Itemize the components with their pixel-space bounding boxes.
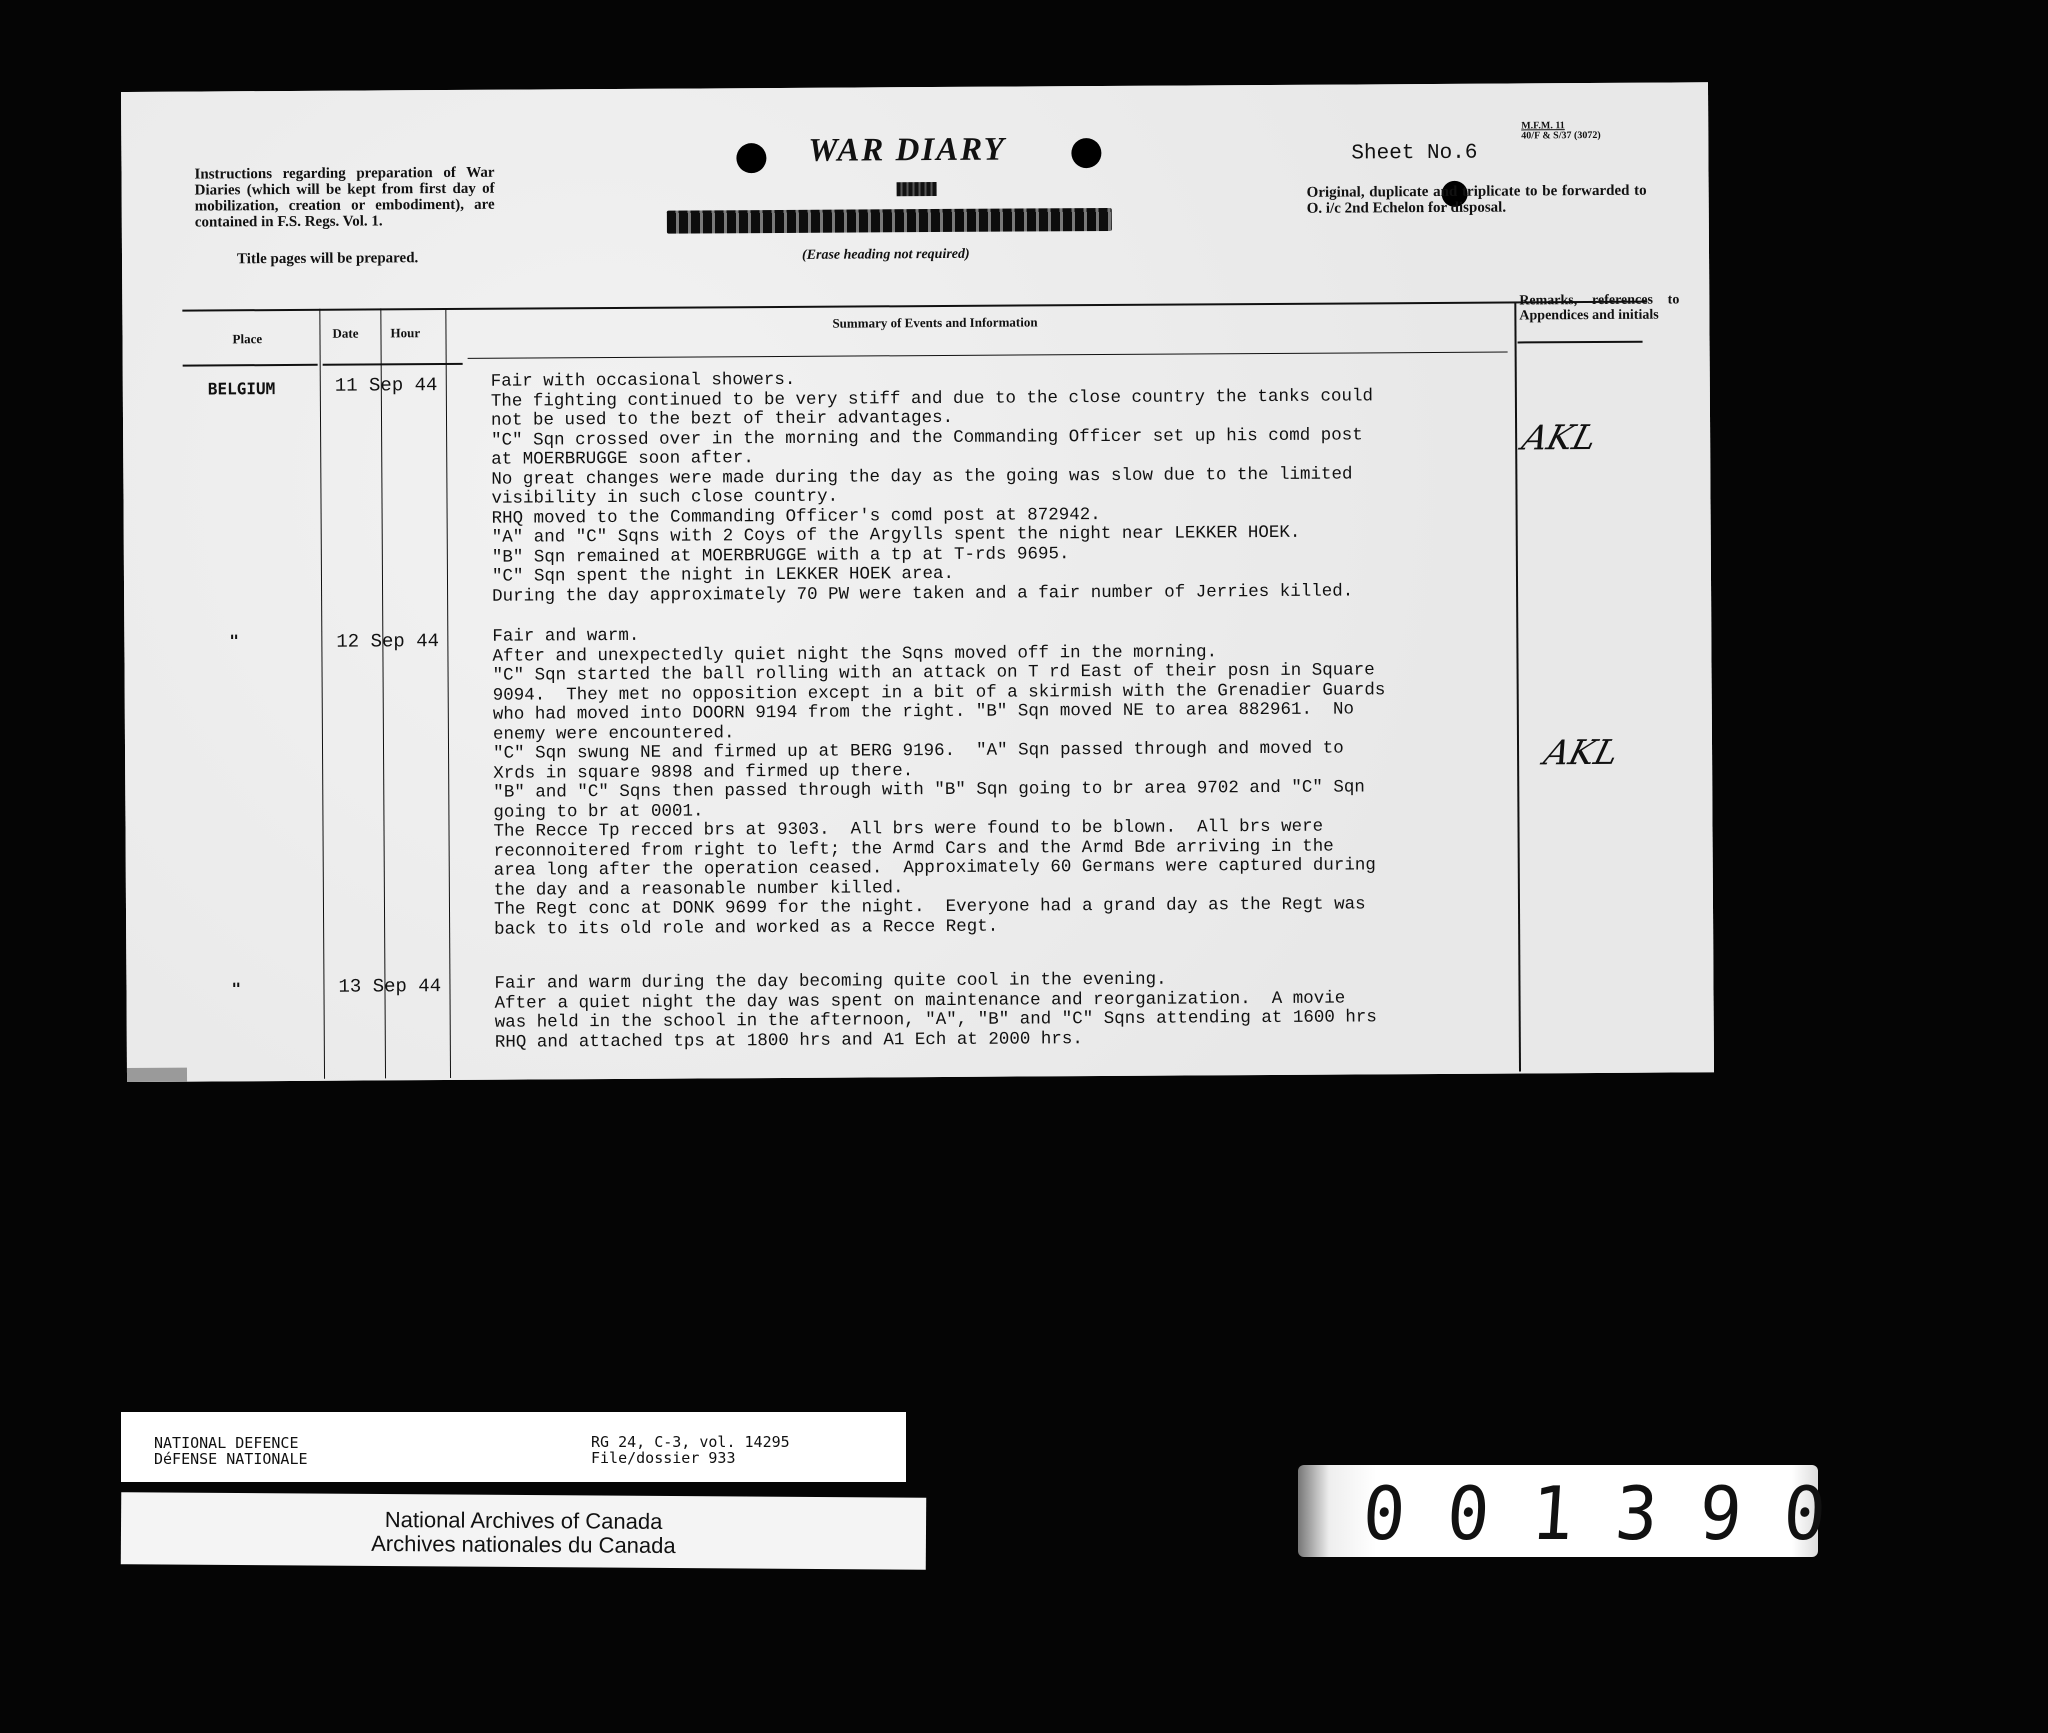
record-group: RG 24, C-3, vol. 14295	[591, 1434, 790, 1450]
header-date: Date	[332, 326, 358, 342]
entry-date: 13 Sep 44	[338, 975, 441, 998]
column-rule	[380, 308, 386, 1078]
frame-counter-digits: 001390	[1360, 1471, 1801, 1557]
entry-summary: Fair with occasional showers. The fighti…	[491, 367, 1512, 607]
entry-place: "	[231, 979, 241, 998]
archive-reference: RG 24, C-3, vol. 14295 File/dossier 933	[591, 1434, 790, 1466]
struck-out-heading	[667, 208, 1112, 234]
disposal-note: Original, duplicate and triplicate to be…	[1307, 183, 1647, 217]
column-rule	[319, 309, 325, 1079]
document-title: WAR DIARY	[808, 132, 1006, 170]
entry-place: BELGIUM	[208, 379, 276, 398]
sheet-number: Sheet No.6	[1351, 142, 1477, 166]
header-rule	[323, 363, 463, 366]
column-rule	[1514, 301, 1521, 1071]
header-place: Place	[232, 331, 262, 347]
dept-fr: DéFENSE NATIONALE	[154, 1451, 308, 1467]
header-remarks: Remarks, references to Appendices and in…	[1519, 292, 1679, 323]
archives-name-fr: Archives nationales du Canada	[121, 1530, 926, 1560]
column-rule	[445, 308, 451, 1078]
title-pages-note: Title pages will be prepared.	[237, 250, 418, 268]
entry-summary: Fair and warm. After and unexpectedly qu…	[492, 622, 1514, 940]
entry-initials: AKL	[1518, 418, 1601, 459]
entry-date: 11 Sep 44	[335, 374, 438, 397]
archives-label: National Archives of Canada Archives nat…	[121, 1492, 926, 1570]
erase-heading-note: (Erase heading not required)	[802, 247, 970, 264]
war-diary-sheet: Instructions regarding preparation of Wa…	[121, 82, 1714, 1082]
header-summary: Summary of Events and Information	[832, 314, 1037, 331]
punch-hole-icon	[1071, 138, 1101, 168]
form-code: M.F.M. 11 40/F & S/37 (3072)	[1521, 121, 1600, 141]
header-rule	[468, 352, 1508, 359]
entry-date: 12 Sep 44	[336, 630, 439, 653]
instructions-note: Instructions regarding preparation of Wa…	[194, 165, 494, 231]
paper-fold	[127, 1068, 187, 1082]
punch-hole-icon	[736, 143, 766, 173]
entry-initials: AKL	[1540, 733, 1623, 774]
form-code-line2: 40/F & S/37 (3072)	[1521, 131, 1600, 141]
department-label: NATIONAL DEFENCE DéFENSE NATIONALE RG 24…	[121, 1412, 906, 1482]
department-names: NATIONAL DEFENCE DéFENSE NATIONALE	[154, 1435, 308, 1467]
entry-summary: Fair and warm during the day becoming qu…	[494, 969, 1514, 1053]
dept-en: NATIONAL DEFENCE	[154, 1435, 308, 1451]
struck-out-word	[897, 182, 937, 196]
table-top-rule	[182, 301, 1647, 312]
file-number: File/dossier 933	[591, 1450, 790, 1466]
header-rule	[183, 364, 318, 367]
header-hour: Hour	[390, 325, 420, 341]
frame-counter: 001390	[1298, 1465, 1818, 1557]
entry-place: "	[229, 631, 239, 650]
header-rule	[1518, 341, 1643, 344]
